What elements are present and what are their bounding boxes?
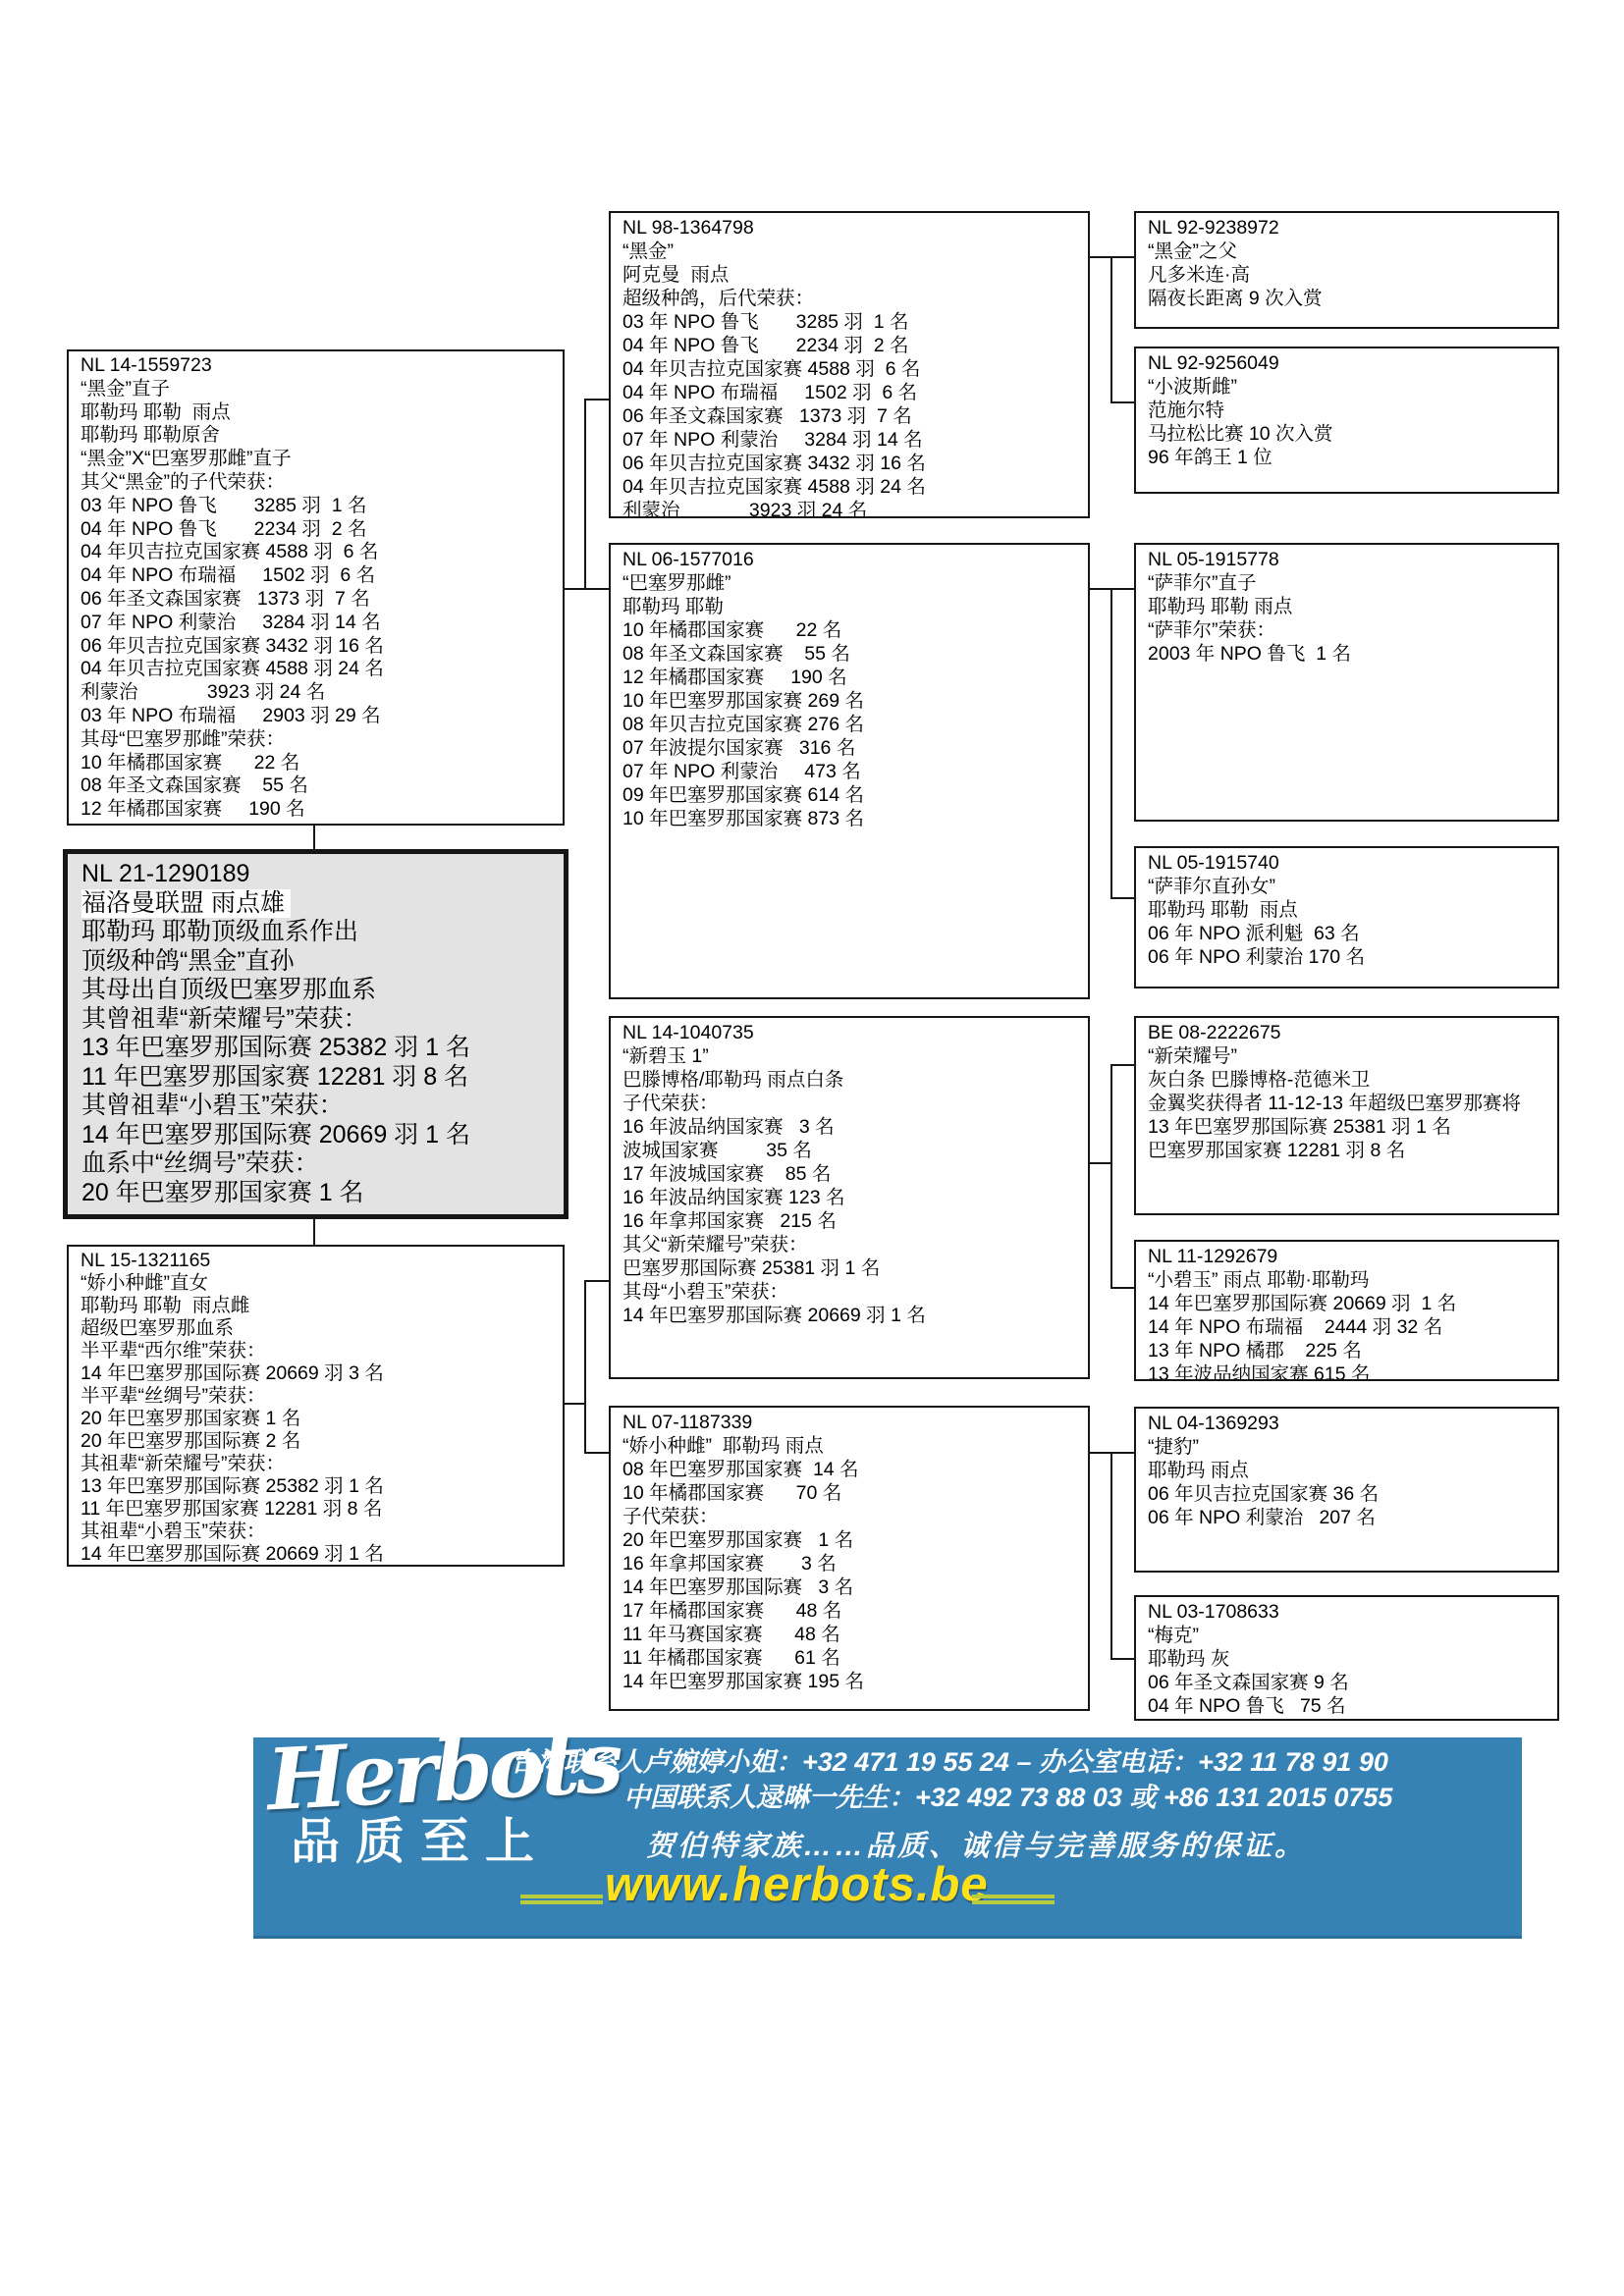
text-line: 10 年橘郡国家赛 70 名 <box>623 1481 1080 1505</box>
connector-line <box>1110 257 1112 403</box>
text-line: 04 年 NPO 布瑞福 1502 羽 6 名 <box>81 564 555 588</box>
text-line: “萨菲尔直孙女” <box>1148 875 1549 898</box>
connector-line <box>584 399 610 400</box>
text-line: NL 04-1369293 <box>1148 1412 1549 1435</box>
text-line: 福洛曼联盟 雨点雄 <box>81 889 291 919</box>
text-line: NL 14-1040735 <box>623 1021 1080 1044</box>
text-line: 20 年巴塞罗那国际赛 2 名 <box>81 1430 555 1453</box>
text-line: 耶勒玛 耶勒 雨点雌 <box>81 1295 555 1317</box>
text-line: 08 年圣文森国家赛 55 名 <box>81 774 555 798</box>
text-line: “巴塞罗那雌” <box>623 571 1080 595</box>
text-line: NL 05-1915778 <box>1148 548 1549 571</box>
text-line: 09 年巴塞罗那国家赛 614 名 <box>623 783 1080 807</box>
text-line: 06 年贝吉拉克国家赛 3432 羽 16 名 <box>623 452 1080 475</box>
text-line: 14 年巴塞罗那国际赛 20669 羽 1 名 <box>81 1543 555 1566</box>
text-line: 08 年巴塞罗那国家赛 14 名 <box>623 1458 1080 1481</box>
pedigree-box-ggp-6: NL 11-1292679“小碧玉” 雨点 耶勒·耶勒玛14 年巴塞罗那国际赛 … <box>1134 1240 1559 1381</box>
text-line: 06 年贝吉拉克国家赛 3432 羽 16 名 <box>81 635 555 659</box>
text-line: 耶勒玛 耶勒 雨点 <box>81 401 555 425</box>
text-line: NL 14-1559723 <box>81 354 555 378</box>
pedigree-box-sire: NL 14-1559723“黑金”直子耶勒玛 耶勒 雨点耶勒玛 耶勒原舍“黑金”… <box>67 349 565 826</box>
text-line: 06 年圣文森国家赛 1373 羽 7 名 <box>623 404 1080 428</box>
text-line: 其祖辈“小碧玉”荣获： <box>81 1521 555 1543</box>
pedigree-box-dam-sire: NL 14-1040735“新碧玉 1”巴滕博格/耶勒玛 雨点白条子代荣获：16… <box>609 1016 1090 1379</box>
text-line: 11 年巴塞罗那国家赛 12281 羽 8 名 <box>81 1063 554 1093</box>
text-line: 利蒙治 3923 羽 24 名 <box>623 499 1080 518</box>
connector-line <box>584 400 586 590</box>
pedigree-box-ggp-8: NL 03-1708633“梅克”耶勒玛 灰06 年圣文森国家赛 9 名04 年… <box>1134 1595 1559 1721</box>
text-line: 04 年贝吉拉克国家赛 4588 羽 24 名 <box>623 475 1080 499</box>
pedigree-box-subject: NL 21-1290189福洛曼联盟 雨点雄耶勒玛 耶勒顶级血系作出顶级种鸽“黑… <box>63 849 568 1219</box>
text-line: 耶勒玛 耶勒顶级血系作出 <box>81 918 554 947</box>
text-line: 范施尔特 <box>1148 399 1549 422</box>
text-line: “新碧玉 1” <box>623 1044 1080 1068</box>
connector-line <box>565 1403 586 1405</box>
connector-line <box>1088 1162 1112 1164</box>
text-line: 血系中“丝绸号”荣获： <box>81 1149 554 1179</box>
herbots-banner: Herbots 品质至上 台湾联系人卢婉婷小姐：+32 471 19 55 24… <box>253 1737 1522 1939</box>
divider-line-right <box>972 1895 1055 1904</box>
text-line: 04 年贝吉拉克国家赛 4588 羽 24 名 <box>81 658 555 681</box>
text-line: 14 年巴塞罗那国际赛 20669 羽 1 名 <box>81 1121 554 1150</box>
text-line: NL 05-1915740 <box>1148 851 1549 875</box>
text-line: NL 92-9256049 <box>1148 351 1549 375</box>
text-line: 耶勒玛 耶勒 <box>623 595 1080 618</box>
text-line: 13 年巴塞罗那国际赛 25382 羽 1 名 <box>81 1475 555 1498</box>
text-line: 10 年橘郡国家赛 22 名 <box>81 752 555 775</box>
text-line: “黑金”X“巴塞罗那雌”直子 <box>81 448 555 471</box>
connector-line <box>565 588 610 590</box>
text-line: 其母出自顶级巴塞罗那血系 <box>81 976 554 1005</box>
website-link[interactable]: www.herbots.be <box>605 1857 989 1912</box>
text-line: 14 年巴塞罗那国家赛 195 名 <box>623 1670 1080 1693</box>
text-line: 波城国家赛 35 名 <box>623 1139 1080 1162</box>
text-line: 金翼奖获得者 11-12-13 年超级巴塞罗那赛将 <box>1148 1092 1549 1115</box>
text-line: 阿克曼 雨点 <box>623 263 1080 287</box>
text-line: 20 年巴塞罗那国家赛 1 名 <box>623 1528 1080 1552</box>
connector-line <box>1110 1064 1135 1066</box>
connector-line <box>313 1219 315 1246</box>
connector-line <box>584 1281 586 1454</box>
banner-slogan: 品质至上 <box>291 1802 550 1873</box>
text-line: 17 年波城国家赛 85 名 <box>623 1162 1080 1186</box>
text-line: 11 年巴塞罗那国家赛 12281 羽 8 名 <box>81 1498 555 1521</box>
text-line: “小波斯雌” <box>1148 375 1549 399</box>
text-line: 巴塞罗那国家赛 12281 羽 8 名 <box>1148 1139 1549 1162</box>
text-line: 06 年圣文森国家赛 1373 羽 7 名 <box>81 588 555 612</box>
text-line: 03 年 NPO 布瑞福 2903 羽 29 名 <box>81 705 555 728</box>
text-line: 07 年 NPO 利蒙治 3284 羽 14 名 <box>623 428 1080 452</box>
text-line: 06 年圣文森国家赛 9 名 <box>1148 1671 1549 1694</box>
text-line: 隔夜长距离 9 次入赏 <box>1148 287 1549 310</box>
pedigree-box-ggp-1: NL 92-9238972“黑金”之父凡多米连·高隔夜长距离 9 次入赏 <box>1134 211 1559 329</box>
text-line: 04 年贝吉拉克国家赛 4588 羽 6 名 <box>81 541 555 564</box>
text-line: 06 年贝吉拉克国家赛 36 名 <box>1148 1482 1549 1506</box>
text-line: 灰白条 巴滕博格-范德米卫 <box>1148 1068 1549 1092</box>
text-line: NL 92-9238972 <box>1148 216 1549 240</box>
text-line: “捷豹” <box>1148 1435 1549 1459</box>
text-line: 10 年巴塞罗那国家赛 269 名 <box>623 689 1080 713</box>
text-line: 07 年波提尔国家赛 316 名 <box>623 736 1080 760</box>
text-line: 13 年 NPO 橘郡 225 名 <box>1148 1339 1549 1362</box>
text-line: 其母“小碧玉”荣获： <box>623 1280 1080 1304</box>
text-line: 06 年 NPO 利蒙治 170 名 <box>1148 945 1549 969</box>
text-line: 17 年橘郡国家赛 48 名 <box>623 1599 1080 1623</box>
connector-line <box>1110 1065 1112 1289</box>
text-line: 11 年橘郡国家赛 61 名 <box>623 1646 1080 1670</box>
text-line: 半平辈“丝绸号”荣获： <box>81 1385 555 1408</box>
text-line: 16 年波品纳国家赛 123 名 <box>623 1186 1080 1209</box>
text-line: 04 年 NPO 布瑞福 1502 羽 6 名 <box>623 381 1080 404</box>
text-line: “新荣耀号” <box>1148 1044 1549 1068</box>
text-line: 其祖辈“新荣耀号”荣获： <box>81 1453 555 1475</box>
connector-line <box>1110 1453 1112 1660</box>
text-line: “萨菲尔”荣获： <box>1148 618 1549 642</box>
text-line: 其曾祖辈“新荣耀号”荣获： <box>81 1005 554 1035</box>
text-line: “娇小种雌” 耶勒玛 雨点 <box>623 1434 1080 1458</box>
text-line: 耶勒玛 耶勒原舍 <box>81 424 555 448</box>
text-line: NL 98-1364798 <box>623 216 1080 240</box>
text-line: “小碧玉” 雨点 耶勒·耶勒玛 <box>1148 1268 1549 1292</box>
text-line: 04 年 NPO 鲁飞 2234 羽 2 名 <box>623 334 1080 357</box>
pedigree-box-ggp-4: NL 05-1915740“萨菲尔直孙女”耶勒玛 耶勒 雨点06 年 NPO 派… <box>1134 846 1559 988</box>
text-line: NL 06-1577016 <box>623 548 1080 571</box>
text-line: 子代荣获： <box>623 1505 1080 1528</box>
text-line: NL 15-1321165 <box>81 1250 555 1272</box>
connector-line <box>1110 401 1135 403</box>
text-line: 10 年橘郡国家赛 22 名 <box>623 618 1080 642</box>
text-line: 96 年鸽王 1 位 <box>1148 446 1549 469</box>
connector-line <box>1110 897 1135 899</box>
text-line: 凡多米连·高 <box>1148 263 1549 287</box>
text-line: 06 年 NPO 派利魁 63 名 <box>1148 922 1549 945</box>
text-line: “萨菲尔”直子 <box>1148 571 1549 595</box>
text-line: “黑金” <box>623 240 1080 263</box>
text-line: 超级巴塞罗那血系 <box>81 1317 555 1340</box>
divider-line-left <box>520 1895 603 1904</box>
text-line: NL 03-1708633 <box>1148 1600 1549 1624</box>
banner-contact-china: 中国联系人逯晽一先生：+32 492 73 88 03 或 +86 131 20… <box>623 1776 1392 1814</box>
pedigree-page: NL 14-1559723“黑金”直子耶勒玛 耶勒 雨点耶勒玛 耶勒原舍“黑金”… <box>0 0 1624 2296</box>
text-line: 07 年 NPO 利蒙治 473 名 <box>623 760 1080 783</box>
text-line: 10 年巴塞罗那国家赛 873 名 <box>623 807 1080 830</box>
text-line: 2003 年 NPO 鲁飞 1 名 <box>1148 642 1549 666</box>
pedigree-box-dam: NL 15-1321165“娇小种雌”直女耶勒玛 耶勒 雨点雌超级巴塞罗那血系半… <box>67 1245 565 1567</box>
text-line: 12 年橘郡国家赛 190 名 <box>623 666 1080 689</box>
text-line: NL 07-1187339 <box>623 1411 1080 1434</box>
text-line: 利蒙治 3923 羽 24 名 <box>81 681 555 705</box>
text-line: 03 年 NPO 鲁飞 3285 羽 1 名 <box>81 495 555 518</box>
connector-line <box>1110 1658 1135 1660</box>
text-line: 其曾祖辈“小碧玉”荣获： <box>81 1092 554 1121</box>
text-line: 04 年 NPO 鲁飞 75 名 <box>1148 1694 1549 1718</box>
text-line: 巴滕博格/耶勒玛 雨点白条 <box>623 1068 1080 1092</box>
text-line: 耶勒玛 耶勒 雨点 <box>1148 595 1549 618</box>
text-line: 03 年 NPO 鲁飞 3285 羽 1 名 <box>623 310 1080 334</box>
text-line: 半平辈“西尔维”荣获： <box>81 1340 555 1362</box>
text-line: 16 年波品纳国家赛 3 名 <box>623 1115 1080 1139</box>
text-line: 07 年 NPO 利蒙治 3284 羽 14 名 <box>81 612 555 635</box>
text-line: BE 08-2222675 <box>1148 1021 1549 1044</box>
pedigree-box-ggp-7: NL 04-1369293“捷豹”耶勒玛 雨点06 年贝吉拉克国家赛 36 名0… <box>1134 1407 1559 1573</box>
text-line: 其父“黑金”的子代荣获： <box>81 471 555 495</box>
text-line: “黑金”之父 <box>1148 240 1549 263</box>
text-line: 超级种鸽，后代荣获： <box>623 287 1080 310</box>
text-line: 马拉松比赛 10 次入赏 <box>1148 422 1549 446</box>
text-line: 16 年拿邦国家赛 215 名 <box>623 1209 1080 1233</box>
text-line: 16 年拿邦国家赛 3 名 <box>623 1552 1080 1575</box>
text-line: 巴塞罗那国际赛 25381 羽 1 名 <box>623 1256 1080 1280</box>
text-line: 04 年 NPO 鲁飞 2234 羽 2 名 <box>81 518 555 542</box>
text-line: 耶勒玛 雨点 <box>1148 1459 1549 1482</box>
text-line: 14 年巴塞罗那国际赛 20669 羽 1 名 <box>1148 1292 1549 1315</box>
text-line: 04 年贝吉拉克国家赛 4588 羽 6 名 <box>623 357 1080 381</box>
text-line: 14 年巴塞罗那国际赛 20669 羽 3 名 <box>81 1362 555 1385</box>
banner-contact-taiwan: 台湾联系人卢婉婷小姐：+32 471 19 55 24 – 办公室电话：+32 … <box>511 1740 1388 1779</box>
text-line: 13 年巴塞罗那国际赛 25382 羽 1 名 <box>81 1034 554 1063</box>
text-line: 06 年 NPO 利蒙治 207 名 <box>1148 1506 1549 1529</box>
text-line: 13 年波品纳国家赛 615 名 <box>1148 1362 1549 1381</box>
text-line: NL 11-1292679 <box>1148 1245 1549 1268</box>
connector-line <box>584 1280 610 1282</box>
connector-line <box>584 1452 610 1454</box>
text-line: 耶勒玛 耶勒 雨点 <box>1148 898 1549 922</box>
text-line: 耶勒玛 灰 <box>1148 1647 1549 1671</box>
text-line: 12 年橘郡国家赛 190 名 <box>81 798 555 822</box>
text-line: 20 年巴塞罗那国家赛 1 名 <box>81 1179 554 1208</box>
text-line: 其父“新荣耀号”荣获： <box>623 1233 1080 1256</box>
text-line: NL 21-1290189 <box>81 860 554 889</box>
text-line: 11 年马赛国家赛 48 名 <box>623 1623 1080 1646</box>
text-line: 14 年巴塞罗那国际赛 3 名 <box>623 1575 1080 1599</box>
text-line: “梅克” <box>1148 1624 1549 1647</box>
pedigree-box-dam-dam: NL 07-1187339“娇小种雌” 耶勒玛 雨点08 年巴塞罗那国家赛 14… <box>609 1406 1090 1711</box>
text-line: 08 年圣文森国家赛 55 名 <box>623 642 1080 666</box>
pedigree-box-ggp-5: BE 08-2222675“新荣耀号”灰白条 巴滕博格-范德米卫金翼奖获得者 1… <box>1134 1016 1559 1215</box>
connector-line <box>1110 1287 1135 1289</box>
pedigree-box-ggp-3: NL 05-1915778“萨菲尔”直子耶勒玛 耶勒 雨点“萨菲尔”荣获：200… <box>1134 543 1559 822</box>
pedigree-box-sire-dam: NL 06-1577016“巴塞罗那雌”耶勒玛 耶勒10 年橘郡国家赛 22 名… <box>609 543 1090 999</box>
text-line: 子代荣获： <box>623 1092 1080 1115</box>
text-line: 13 年巴塞罗那国际赛 25381 羽 1 名 <box>1148 1115 1549 1139</box>
text-line: 20 年巴塞罗那国家赛 1 名 <box>81 1408 555 1430</box>
connector-line <box>313 825 315 850</box>
text-line: “娇小种雌”直女 <box>81 1272 555 1295</box>
text-line: “黑金”直子 <box>81 378 555 401</box>
text-line: 顶级种鸽“黑金”直孙 <box>81 947 554 977</box>
text-line: 14 年 NPO 布瑞福 2444 羽 32 名 <box>1148 1315 1549 1339</box>
pedigree-box-sire-sire: NL 98-1364798“黑金”阿克曼 雨点超级种鸽，后代荣获：03 年 NP… <box>609 211 1090 518</box>
pedigree-box-ggp-2: NL 92-9256049“小波斯雌”范施尔特马拉松比赛 10 次入赏96 年鸽… <box>1134 347 1559 494</box>
text-line: 08 年贝吉拉克国家赛 276 名 <box>623 713 1080 736</box>
connector-line <box>1110 589 1112 899</box>
text-line: 其母“巴塞罗那雌”荣获： <box>81 728 555 752</box>
text-line: 14 年巴塞罗那国际赛 20669 羽 1 名 <box>623 1304 1080 1327</box>
